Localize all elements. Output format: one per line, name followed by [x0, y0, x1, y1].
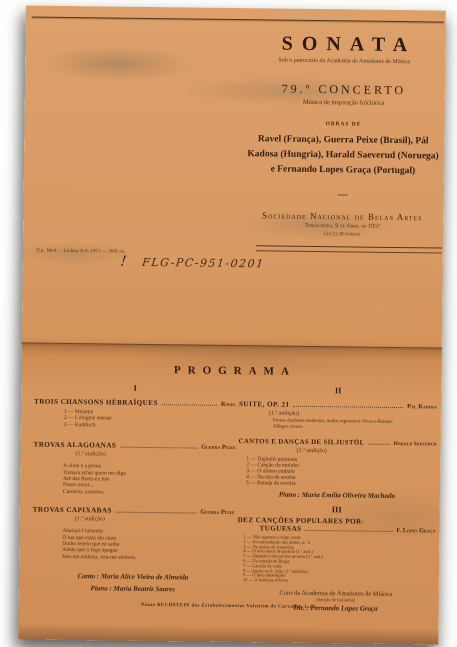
printer-imprint: Tip. Med. - Lisboa 9-4-1957 — 800 ex.: [36, 249, 126, 255]
composers-list: Ravel (França), Guerra Peixe (Brasil), P…: [230, 132, 457, 180]
composer-name: Pál Kadosa: [407, 403, 437, 410]
work-title: TROIS CHANSONS HÉBRAÏQUES: [34, 398, 158, 408]
dot-leader: [305, 530, 392, 532]
work-row: TUGUESAS F. Lopes Graça: [237, 524, 435, 534]
dot-leader: [116, 512, 197, 514]
composer-name: Guerra Peixe: [200, 509, 234, 516]
premiere-note: (1.ª audição): [296, 448, 436, 456]
works-label: OBRAS DE: [230, 120, 456, 129]
work-row: TROVAS ALAGOANAS Guerra Peixe: [33, 441, 235, 451]
event-time: (às 21,30 horas): [229, 230, 455, 239]
pianist-credit: Piano : Maria Emília Oliveira Machado: [238, 490, 436, 500]
handwritten-archive-code: !FLG-PC-951-0201: [120, 251, 266, 272]
composers-line: e Fernando Lopes Graça (Portugal): [230, 162, 456, 180]
scanned-document-page: SONATA Sob o patrocínio da Academia de A…: [0, 0, 457, 647]
program-heading: PROGRAMA: [21, 362, 441, 379]
patronage-line: Sob o patrocínio da Academia de Amadores…: [231, 57, 457, 66]
premiere-note: (1.ª audição): [75, 451, 235, 459]
work-title-line2: TUGUESAS: [259, 524, 301, 533]
song-list: Abaixei é lamento Ó lua que estás tão cl…: [62, 528, 234, 562]
work-title: SUITE, OP. 21: [239, 400, 290, 409]
composer-name: Ravel: [221, 401, 236, 408]
program-right-column: II SUITE, OP. 21 Pál Kadosa (1.ª audição…: [237, 384, 438, 613]
premiere-note: (1.ª audição): [269, 410, 437, 418]
part-number-2: II: [239, 384, 437, 396]
paper-bottom-shadow: [18, 623, 438, 644]
premiere-note: (1.ª audição): [75, 516, 235, 524]
work-title: TROVAS CAPIXABAS: [33, 506, 112, 515]
dot-leader: [293, 406, 403, 408]
venue-name: Sociedade Nacional de Belas Artes: [229, 210, 455, 223]
dot-leader: [162, 404, 217, 406]
composer-name: Harald Saeverud: [394, 441, 437, 448]
composers-line: Kadosa (Hungria), Harald Saeverud (Norue…: [230, 147, 456, 165]
movement-item: 3 — Kaddisch: [64, 422, 236, 431]
song-list: 1 — Não aguento o trigo verde 2 — Encome…: [243, 535, 436, 585]
movement-list: 1 — Digitalis purpurea 2 — Canção do moi…: [246, 456, 436, 488]
work-title: TROVAS ALAGOANAS: [33, 441, 116, 450]
double-rule: [256, 245, 442, 253]
song-item: Vou-me embora, vou-me embora.: [62, 554, 234, 563]
program-left-column: I TROIS CHANSONS HÉBRAÏQUES Ravel 1 — Me…: [32, 382, 237, 597]
movement-list: 1 — Mejerke 2 — L'énigme éternel 3 — Kad…: [64, 409, 236, 430]
song-item: 10 — A Senhora d'Alvor: [243, 578, 435, 585]
choir-section-note: (Secção de Iniciados): [237, 596, 435, 603]
handwritten-mark: !: [120, 254, 128, 270]
pianist-credit: Piano : Maria Beatriz Soares: [32, 582, 234, 596]
work-title: CANTOS E DANÇAS DE SILJUSTÖL: [239, 438, 365, 447]
concert-subtitle: Música de inspiração folclórica: [231, 98, 457, 108]
part-number-3: III: [238, 503, 436, 515]
song-item: Carneiro, carneiro,: [63, 489, 235, 498]
archive-code-text: FLG-PC-951-0201: [141, 256, 265, 270]
concert-number: 79.º CONCERTO: [231, 81, 457, 99]
program-paper-sheet: SONATA Sob o patrocínio da Academia de A…: [18, 5, 446, 644]
dot-leader: [120, 447, 197, 449]
work-row: SUITE, OP. 21 Pál Kadosa: [239, 400, 437, 410]
divider-dash: —: [230, 188, 456, 202]
performers-block: Canto : Maria Alice Vieira de Almeida Pi…: [32, 571, 234, 596]
work-row: TROVAS CAPIXABAS Guerra Peixe: [33, 506, 235, 516]
composer-name: Guerra Peixe: [201, 444, 235, 451]
scan-edge-line: [32, 17, 444, 23]
dot-leader: [368, 444, 389, 445]
composer-name: F. Lopes Graça: [396, 527, 435, 534]
cover-block: SONATA Sob o patrocínio da Academia de A…: [229, 32, 457, 239]
series-title: SONATA: [231, 32, 457, 58]
part-number-1: I: [34, 382, 236, 394]
movement-item: 5 — Balada da revolta: [246, 480, 436, 488]
work-row: TROIS CHANSONS HÉBRAÏQUES Ravel: [34, 398, 236, 408]
movement-tempo-text: Presto-Andante moderato, molto espressiv…: [273, 419, 395, 432]
work-row: CANTOS E DANÇAS DE SILJUSTÖL Harald Saev…: [239, 438, 437, 447]
song-list: A viola e a prima Tomara achar quem me d…: [63, 463, 235, 497]
